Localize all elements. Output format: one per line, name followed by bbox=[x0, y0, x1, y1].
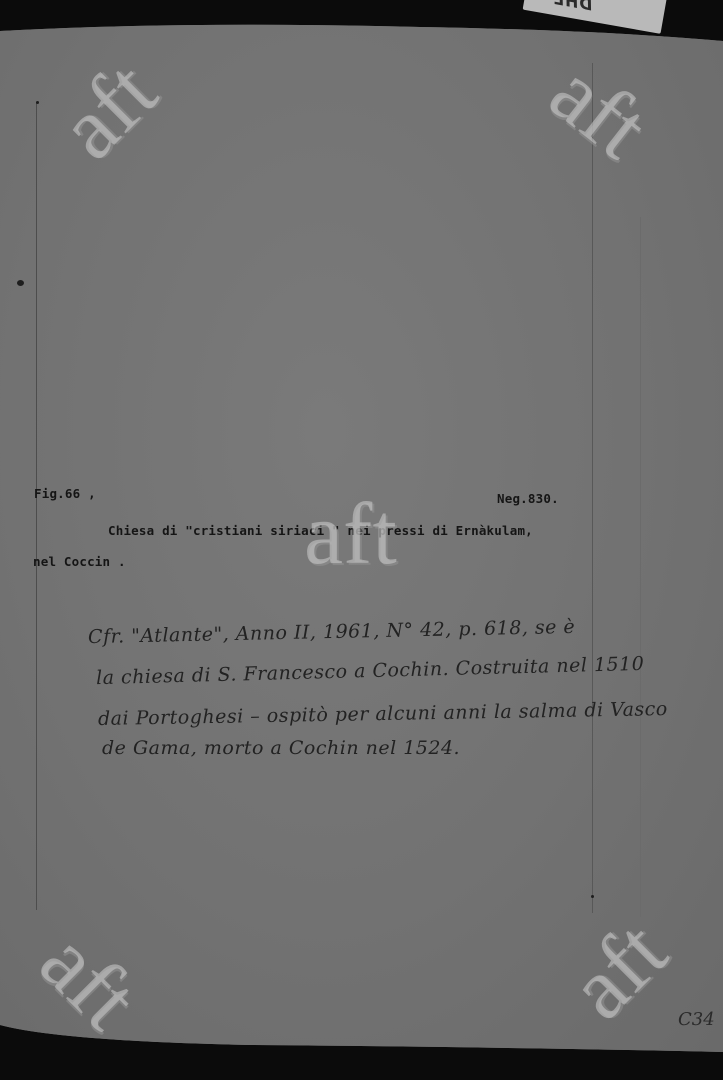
caption-line-2: nel Coccin . bbox=[33, 554, 126, 569]
watermark-bottom-left: aft bbox=[24, 917, 152, 1045]
ink-speck bbox=[36, 101, 39, 104]
ink-speck bbox=[17, 280, 24, 286]
watermark-center: aft bbox=[304, 491, 397, 579]
shipping-slip-label: DHL bbox=[551, 0, 594, 14]
watermark-bottom-right: aft bbox=[554, 907, 682, 1035]
watermark-top-right: aft bbox=[535, 48, 662, 174]
ink-speck bbox=[591, 895, 594, 898]
watermark-top-left: aft bbox=[44, 47, 172, 175]
negative-number: Neg.830. bbox=[497, 491, 559, 506]
document-page: Fig.66 , Neg.830. Chiesa di "cristiani s… bbox=[0, 17, 723, 1052]
handwritten-line-4: de Gama, morto a Cochin nel 1524. bbox=[102, 737, 460, 759]
figure-number: Fig.66 , bbox=[34, 486, 96, 501]
handwritten-line-2: la chiesa di S. Francesco a Cochin. Cost… bbox=[96, 653, 645, 689]
right-margin-line bbox=[592, 63, 593, 913]
page-number: C34 bbox=[678, 1009, 715, 1030]
left-margin-line bbox=[36, 102, 37, 910]
handwritten-line-1: Cfr. "Atlante", Anno II, 1961, N° 42, p.… bbox=[88, 616, 576, 648]
paper-fold-line bbox=[640, 217, 641, 917]
handwritten-line-3: dai Portoghesi – ospitò per alcuni anni … bbox=[98, 698, 668, 730]
